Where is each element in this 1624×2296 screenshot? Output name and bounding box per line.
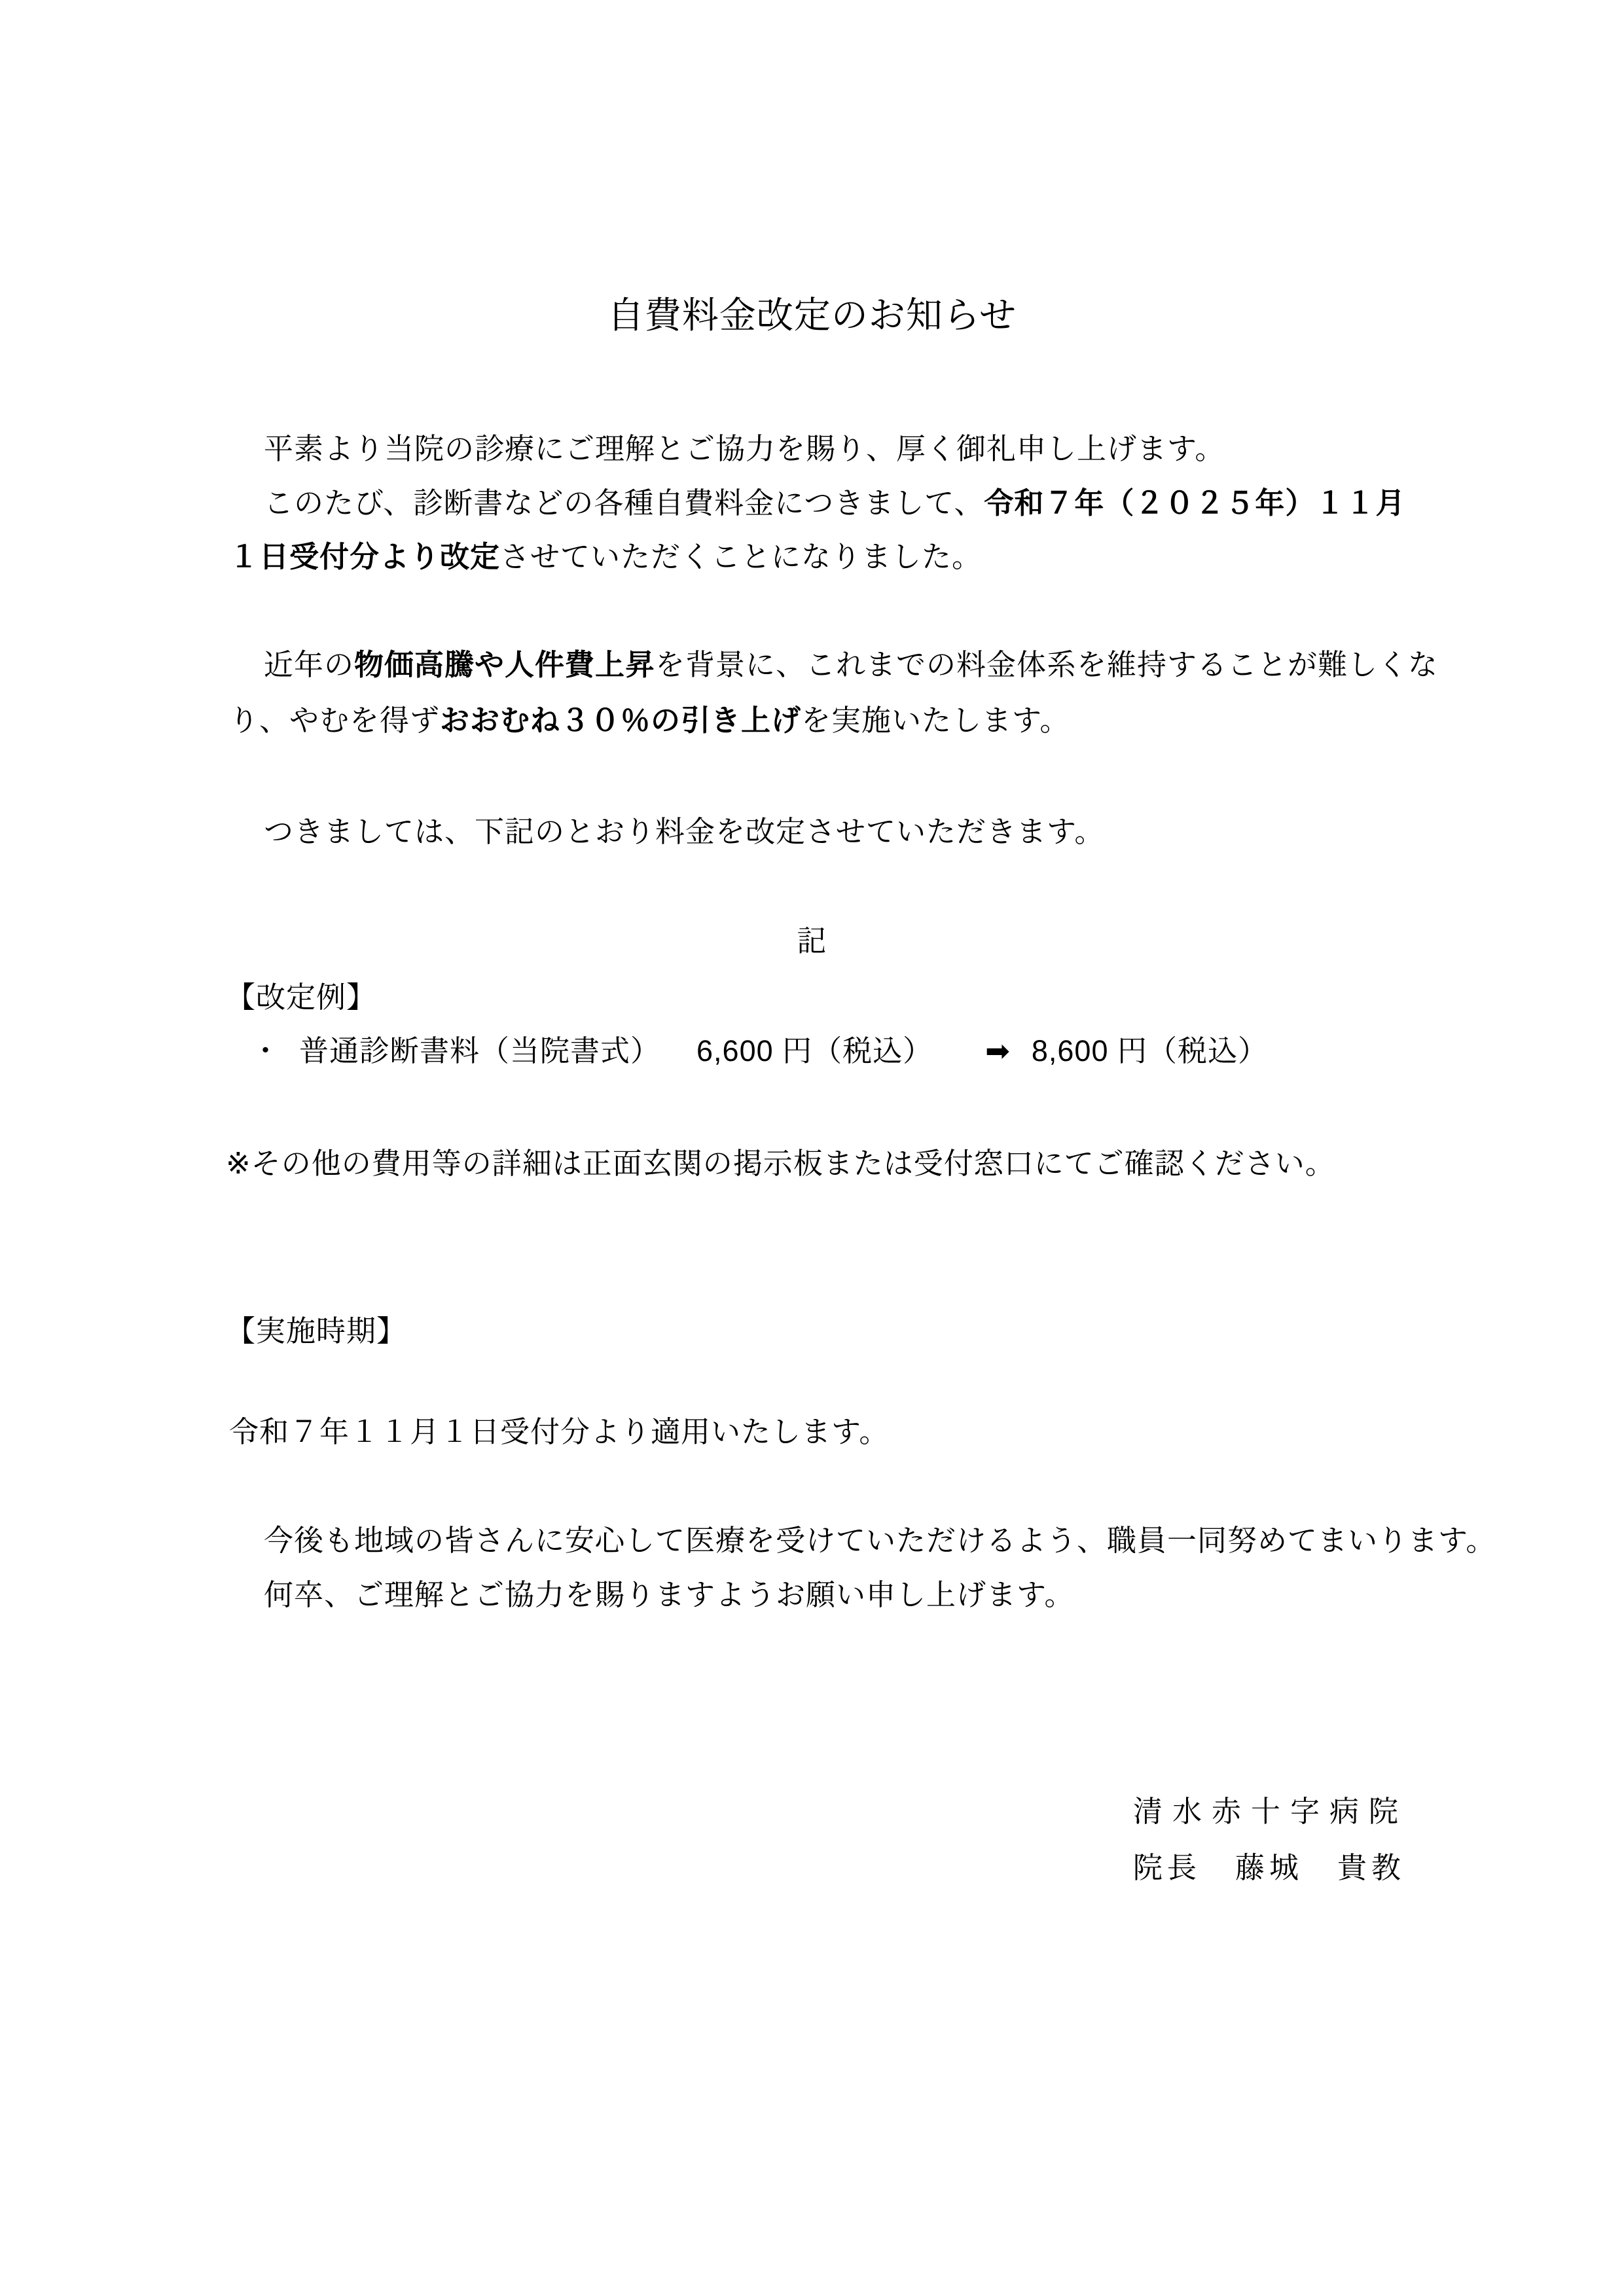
- example-new-price: 8,600 円（税込）: [1032, 1034, 1268, 1067]
- reason-bold-increase: おおむね３０％の引き上げ: [440, 704, 801, 737]
- reason-line-2: り、やむを得ずおおむね３０％の引き上げを実施いたします。: [229, 704, 1070, 738]
- example-item-name: 普通診断書料（当院書式）: [299, 1034, 660, 1067]
- intro-line-3: １日受付分より改定させていただくことになりました。: [229, 540, 982, 574]
- reason-bold-costs: 物価高騰や人件費上昇: [354, 648, 655, 681]
- signature-director-name: 院長 藤城 貴教: [1133, 1851, 1405, 1885]
- bullet-dot: ・: [251, 1034, 281, 1067]
- page-title: 自費料金改定のお知らせ: [0, 295, 1624, 336]
- lead-in-line: つきましては、下記のとおり料金を改定させていただきます。: [264, 815, 1104, 849]
- example-item-line: ・普通診断書料（当院書式）6,600 円（税込）➡8,600 円（税込）: [251, 1034, 1268, 1068]
- reason-line-1-post: を背景に、これまでの料金体系を維持することが難しくな: [655, 648, 1438, 681]
- example-heading: 【改定例】: [226, 980, 376, 1014]
- reason-line-1: 近年の物価高騰や人件費上昇を背景に、これまでの料金体系を維持することが難しくな: [264, 648, 1438, 682]
- timing-body: 令和７年１１月１日受付分より適用いたします。: [229, 1415, 889, 1449]
- record-marker: 記: [0, 924, 1624, 958]
- reason-line-2-pre: り、やむを得ず: [229, 704, 440, 737]
- intro-line-2: このたび、診断書などの各種自費料金につきまして、令和７年（２０２５年）１１月: [264, 486, 1405, 520]
- closing-line-2: 何卒、ご理解とご協力を賜りますようお願い申し上げます。: [264, 1578, 1074, 1612]
- revision-date-bold: 令和７年（２０２５年）１１月: [984, 486, 1405, 520]
- closing-line-1: 今後も地域の皆さんに安心して医療を受けていただけるよう、職員一同努めてまいります…: [264, 1524, 1496, 1558]
- other-fees-note: ※その他の費用等の詳細は正面玄関の掲示板または受付窓口にてご確認ください。: [226, 1147, 1335, 1181]
- example-old-price: 6,600 円（税込）: [696, 1034, 933, 1067]
- intro-line-1: 平素より当院の診療にご理解とご協力を賜り、厚く御礼申し上げます。: [264, 432, 1225, 466]
- intro-line-2-text: このたび、診断書などの各種自費料金につきまして、: [264, 486, 984, 520]
- intro-line-3-text: させていただくことになりました。: [500, 540, 982, 573]
- right-arrow-icon: ➡: [985, 1034, 1011, 1067]
- signature-hospital-name: 清水赤十字病院: [1133, 1795, 1408, 1829]
- reason-line-2-post: を実施いたします。: [801, 704, 1070, 737]
- notice-page: 自費料金改定のお知らせ 平素より当院の診療にご理解とご協力を賜り、厚く御礼申し上…: [0, 0, 1624, 2296]
- revision-date-bold-continued: １日受付分より改定: [229, 540, 500, 573]
- timing-heading: 【実施時期】: [226, 1314, 406, 1348]
- reason-line-1-pre: 近年の: [264, 648, 354, 681]
